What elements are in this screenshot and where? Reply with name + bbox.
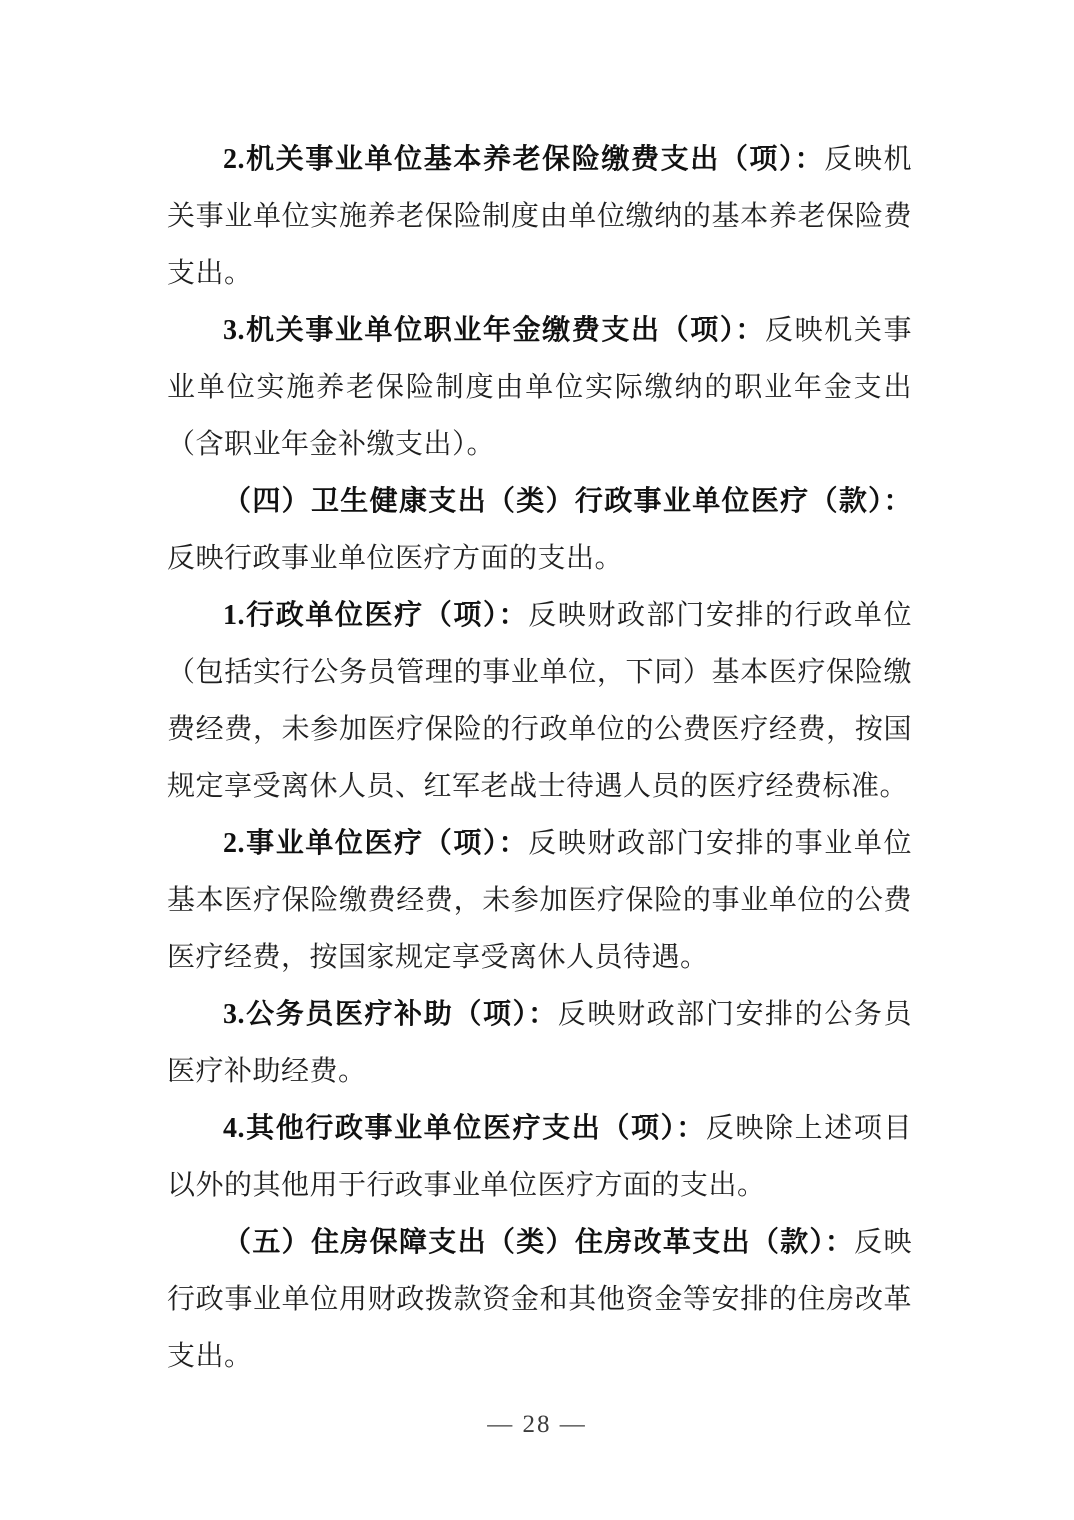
paragraph: （四）卫生健康支出（类）行政事业单位医疗（款）：反映行政事业单位医疗方面的支出。 [167,473,912,587]
paragraph: 2.机关事业单位基本养老保险缴费支出（项）：反映机关事业单位实施养老保险制度由单… [167,131,912,302]
paragraph: 3.机关事业单位职业年金缴费支出（项）：反映机关事业单位实施养老保险制度由单位实… [167,302,912,473]
paragraph-heading: 2.事业单位医疗（项）： [223,828,528,859]
paragraph: 2.事业单位医疗（项）：反映财政部门安排的事业单位基本医疗保险缴费经费，未参加医… [167,815,912,986]
paragraph: 4.其他行政事业单位医疗支出（项）：反映除上述项目以外的其他用于行政事业单位医疗… [167,1100,912,1214]
paragraph: （五）住房保障支出（类）住房改革支出（款）：反映行政事业单位用财政拨款资金和其他… [167,1214,912,1385]
document-body: 2.机关事业单位基本养老保险缴费支出（项）：反映机关事业单位实施养老保险制度由单… [167,131,912,1385]
paragraph-heading: 4.其他行政事业单位医疗支出（项）： [223,1113,706,1144]
paragraph-heading: （五）住房保障支出（类）住房改革支出（款）： [223,1227,854,1258]
paragraph-body: 反映行政事业单位医疗方面的支出。 [167,543,623,574]
paragraph: 3.公务员医疗补助（项）：反映财政部门安排的公务员医疗补助经费。 [167,986,912,1100]
document-page: 2.机关事业单位基本养老保险缴费支出（项）：反映机关事业单位实施养老保险制度由单… [0,0,1074,1520]
paragraph-heading: （四）卫生健康支出（类）行政事业单位医疗（款）： [223,486,912,517]
paragraph-heading: 1.行政单位医疗（项）： [223,600,528,631]
paragraph: 1.行政单位医疗（项）：反映财政部门安排的行政单位（包括实行公务员管理的事业单位… [167,587,912,815]
paragraph-heading: 3.机关事业单位职业年金缴费支出（项）： [223,315,765,346]
page-number: — 28 — [0,1405,1074,1445]
paragraph-heading: 2.机关事业单位基本养老保险缴费支出（项）： [223,144,824,175]
paragraph-heading: 3.公务员医疗补助（项）： [223,999,558,1030]
